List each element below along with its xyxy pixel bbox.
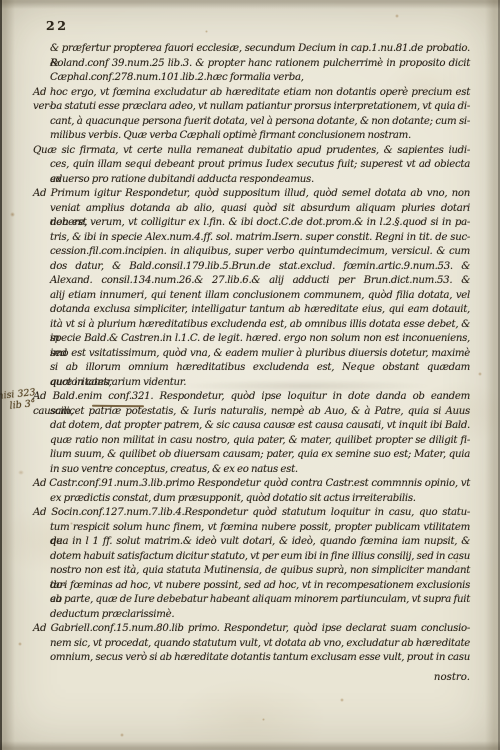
text-line: Ad Gabriell.conf.15.num.80.lib primo. Re… — [33, 622, 470, 637]
text-line: dos datur, & Bald.consil.179.lib.5.Brun.… — [50, 260, 470, 275]
text-line: Cæphal.conf.278.num.101.lib.2.hæc formal… — [50, 71, 470, 86]
text-line: Ad hoc ergo, vt fœmina excludatur ab hær… — [33, 86, 470, 101]
text-line: imo est vsitatissimum, quòd vna, & eadem… — [50, 347, 470, 362]
foxing-spot — [18, 642, 22, 646]
foxing-spot — [18, 470, 24, 475]
foxing-spot — [10, 212, 15, 217]
text-line: ea parte, quæ de Iure debebatur habeant … — [50, 593, 470, 608]
foxing-spot — [205, 30, 208, 33]
paragraph: & præfertur propterea fauori ecclesiæ, s… — [50, 42, 470, 86]
text-line: dotem habuit satisfactum dicitur statuto… — [50, 550, 470, 565]
text-line: tris, & ibi in specie Alex.num.4.ff. sol… — [50, 231, 470, 246]
text-line: si ab illorum omnium hæreditatibus exclu… — [50, 361, 470, 376]
paragraph: Ad Socin.conf.127.num.7.lib.4.Respondetu… — [50, 506, 470, 622]
foxing-spot — [465, 46, 468, 49]
text-line: quæ ratio non militat in casu nostro, qu… — [50, 434, 470, 449]
text-line: Ad Primum igitur Respondetur, quòd suppo… — [33, 187, 470, 202]
foxing-spot — [478, 372, 482, 376]
text-line: dotanda exclusa simpliciter, intelligatu… — [50, 303, 470, 318]
paragraph: Quæ sic firmata, vt certe nulla remaneat… — [50, 144, 470, 188]
text-line: alij etiam innumeri, qui tenent illam co… — [50, 289, 470, 304]
stain — [180, 380, 430, 392]
text-line: deductum præclarissimè. — [50, 608, 470, 623]
foxing-spot — [455, 560, 458, 563]
page-number: 22 — [46, 18, 68, 33]
foxing-spot — [120, 733, 124, 737]
text-line: dat dotem, dat propter patrem, & sic cau… — [50, 419, 470, 434]
paragraph: Ad Primum igitur Respondetur, quòd suppo… — [50, 187, 470, 390]
text-line: Roland.conf 39.num.25 lib.3. & propter h… — [50, 57, 470, 72]
text-line: nem sic, vt procedat, quando statutum vu… — [50, 637, 470, 652]
text-line: qua in l 1 ff. solut matrim.& ideò vult … — [50, 535, 470, 550]
text-line: in suo ventre conceptus, creatus, & ex e… — [50, 463, 470, 478]
text-line: Quæ sic firmata, vt certe nulla remaneat… — [33, 144, 470, 159]
foxing-spot — [70, 522, 73, 525]
catchword: nostro. — [300, 672, 484, 683]
text-line: tum respicit solum hunc finem, vt fœmina… — [50, 521, 470, 536]
text-line: scilicet patriæ potestatis, & Iuris natu… — [50, 405, 470, 420]
body-text-block: & præfertur propterea fauori ecclesiæ, s… — [50, 42, 470, 666]
text-line: cant, à quacunque persona fuerit dotata,… — [50, 115, 470, 130]
text-line: tari fœminas ad hoc, vt nubere possint, … — [50, 579, 470, 594]
text-line: cession.fil.com.incipien. in aliquibus, … — [50, 245, 470, 260]
text-line: Alexand. consil.134.num.26.& 27.lib.6.& … — [50, 274, 470, 289]
foxing-spot — [40, 92, 43, 95]
foxing-spot — [430, 208, 433, 211]
text-line: ba statuti esse præclara adeo, vt nullam… — [50, 100, 470, 115]
text-line: Ad Socin.conf.127.num.7.lib.4.Respondetu… — [33, 506, 470, 521]
text-line: ex prædictis constat, dum præsupponit, q… — [50, 492, 470, 507]
text-line: specie Bald.& Castren.in l.1.C. de legit… — [50, 332, 470, 347]
paragraph: Ad hoc ergo, vt fœmina excludatur ab hær… — [50, 86, 470, 144]
foxing-spot — [262, 718, 265, 721]
paragraph: Ad Bald.enim conf.321. Respondetur, quòd… — [50, 390, 470, 477]
text-line: ces, quin illam sequi debeant prout prim… — [50, 158, 470, 173]
paragraph: Ad Gabriell.conf.15.num.80.lib primo. Re… — [50, 622, 470, 666]
text-line: Ad Bald.enim conf.321. Respondetur, quòd… — [33, 390, 470, 405]
paragraph: Ad Castr.conf.91.num.3.lib.primo Respond… — [50, 477, 470, 506]
foxing-spot — [340, 698, 344, 702]
text-line: veniat amplius dotanda ab alio, quasi qu… — [50, 202, 470, 217]
book-page-scan: 22 misi 323 lib 3° & præfertur propterea… — [0, 0, 500, 750]
foxing-spot — [395, 14, 399, 18]
text-line: lium suum, & quilibet ob diuersam causam… — [50, 448, 470, 463]
text-line: Ad Castr.conf.91.num.3.lib.primo Respond… — [33, 477, 470, 492]
text-line: omnium, secus verò si ab hæreditate dota… — [50, 651, 470, 666]
text-line: ità vt si à plurium hæreditatibus exclud… — [50, 318, 470, 333]
text-line: aduerso pro ratione dubitandi adducta re… — [50, 173, 470, 188]
text-line: & præfertur propterea fauori ecclesiæ, s… — [50, 42, 470, 57]
text-line: non est verum, vt colligitur ex l.fin. &… — [50, 216, 470, 231]
text-line: milibus verbis. Quæ verba Cæphali optimè… — [50, 129, 470, 144]
text-line: nostro non est ità, quia statuta Mutinen… — [50, 564, 470, 579]
